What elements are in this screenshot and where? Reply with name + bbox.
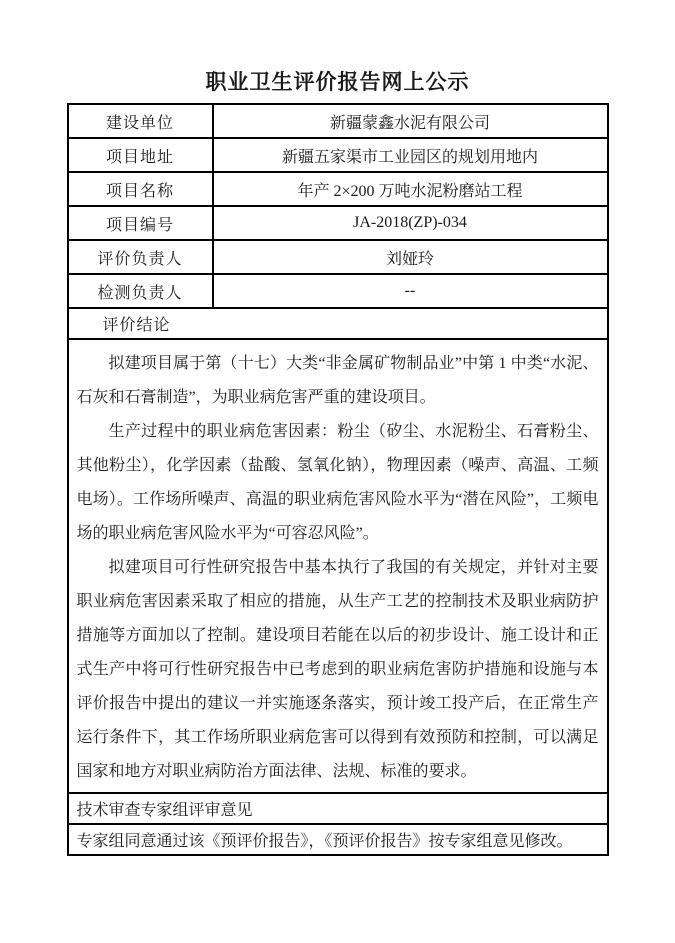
project-address-value: 新疆五家渠市工业园区的规划用地内	[213, 138, 608, 172]
project-name-value: 年产 2×200 万吨水泥粉磨站工程	[213, 172, 608, 206]
construction-unit-value: 新疆蒙鑫水泥有限公司	[213, 104, 608, 138]
row-project-number: 项目编号 JA-2018(ZP)-034	[68, 206, 608, 240]
publicity-table: 建设单位 新疆蒙鑫水泥有限公司 项目地址 新疆五家渠市工业园区的规划用地内 项目…	[67, 103, 609, 856]
conclusion-paragraph-2: 生产过程中的职业病危害因素：粉尘（矽尘、水泥粉尘、石膏粉尘、其他粉尘），化学因素…	[77, 415, 599, 551]
conclusion-paragraph-3: 拟建项目可行性研究报告中基本执行了我国的有关规定，并针对主要职业病危害因素采取了…	[77, 551, 599, 789]
project-address-label: 项目地址	[68, 138, 213, 172]
row-evaluation-manager: 评价负责人 刘娅玲	[68, 240, 608, 274]
review-opinion: 专家组同意通过该《预评价报告》，《预评价报告》按专家组意见修改。	[68, 824, 608, 855]
row-construction-unit: 建设单位 新疆蒙鑫水泥有限公司	[68, 104, 608, 138]
row-project-name: 项目名称 年产 2×200 万吨水泥粉磨站工程	[68, 172, 608, 206]
conclusion-content: 拟建项目属于第（十七）大类“非金属矿物制品业”中第 1 中类“水泥、石灰和石膏制…	[68, 339, 608, 793]
review-header: 技术审查专家组评审意见	[68, 793, 608, 824]
project-number-value: JA-2018(ZP)-034	[213, 206, 608, 240]
conclusion-header: 评价结论	[68, 308, 608, 339]
construction-unit-label: 建设单位	[68, 104, 213, 138]
row-testing-manager: 检测负责人 --	[68, 274, 608, 308]
evaluation-manager-label: 评价负责人	[68, 240, 213, 274]
document-page: 职业卫生评价报告网上公示 建设单位 新疆蒙鑫水泥有限公司 项目地址 新疆五家渠市…	[0, 0, 675, 943]
page-title: 职业卫生评价报告网上公示	[0, 70, 675, 95]
testing-manager-value: --	[213, 274, 608, 308]
evaluation-manager-value: 刘娅玲	[213, 240, 608, 274]
conclusion-paragraph-1: 拟建项目属于第（十七）大类“非金属矿物制品业”中第 1 中类“水泥、石灰和石膏制…	[77, 347, 599, 415]
row-conclusion-content: 拟建项目属于第（十七）大类“非金属矿物制品业”中第 1 中类“水泥、石灰和石膏制…	[68, 339, 608, 793]
project-name-label: 项目名称	[68, 172, 213, 206]
testing-manager-label: 检测负责人	[68, 274, 213, 308]
row-conclusion-header: 评价结论	[68, 308, 608, 339]
project-number-label: 项目编号	[68, 206, 213, 240]
row-review-header: 技术审查专家组评审意见	[68, 793, 608, 824]
row-review-opinion: 专家组同意通过该《预评价报告》，《预评价报告》按专家组意见修改。	[68, 824, 608, 855]
row-project-address: 项目地址 新疆五家渠市工业园区的规划用地内	[68, 138, 608, 172]
